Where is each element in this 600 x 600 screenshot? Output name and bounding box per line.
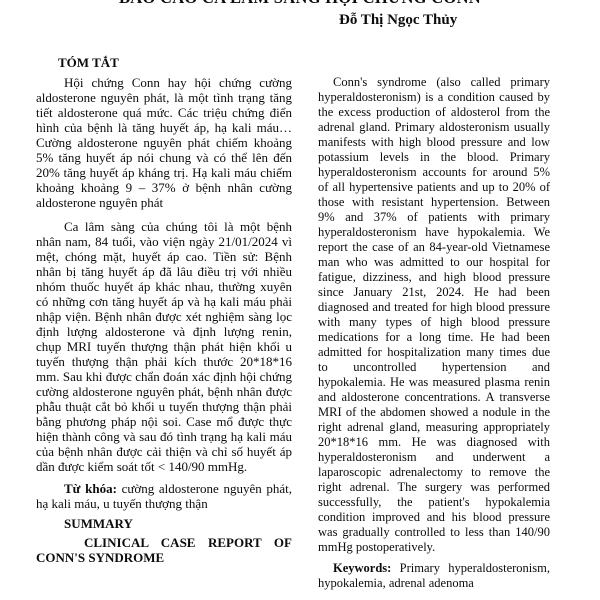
english-abstract-paragraph: Conn's syndrome (also called primary hyp… <box>318 75 550 555</box>
keywords-vi: Từ khóa: cường aldosterone nguyên phát, … <box>36 481 292 511</box>
left-column: TÓM TẮT Hội chứng Conn hay hội chứng cườ… <box>36 55 292 591</box>
summary-heading: SUMMARY <box>36 516 292 531</box>
abstract-paragraph-1: Hội chứng Conn hay hội chứng cường aldos… <box>36 75 292 210</box>
summary-article-title: CLINICAL CASE REPORT OF CONN'S SYNDROME <box>36 535 292 565</box>
page-title: BÁO CÁO CA LÂM SÀNG HỘI CHỨNG CONN <box>0 0 600 6</box>
keywords-en: Keywords: Primary hyperaldosteronism, hy… <box>318 561 550 591</box>
author-name: Đỗ Thị Ngọc Thủy <box>339 11 457 29</box>
keywords-en-label: Keywords: <box>333 561 391 575</box>
abstract-heading: TÓM TẮT <box>36 55 292 70</box>
keywords-vi-label: Từ khóa: <box>64 481 117 496</box>
two-column-body: TÓM TẮT Hội chứng Conn hay hội chứng cườ… <box>36 55 550 591</box>
abstract-paragraph-2: Ca lâm sàng của chúng tôi là một bệnh nh… <box>36 219 292 474</box>
right-column: Conn's syndrome (also called primary hyp… <box>318 55 550 591</box>
